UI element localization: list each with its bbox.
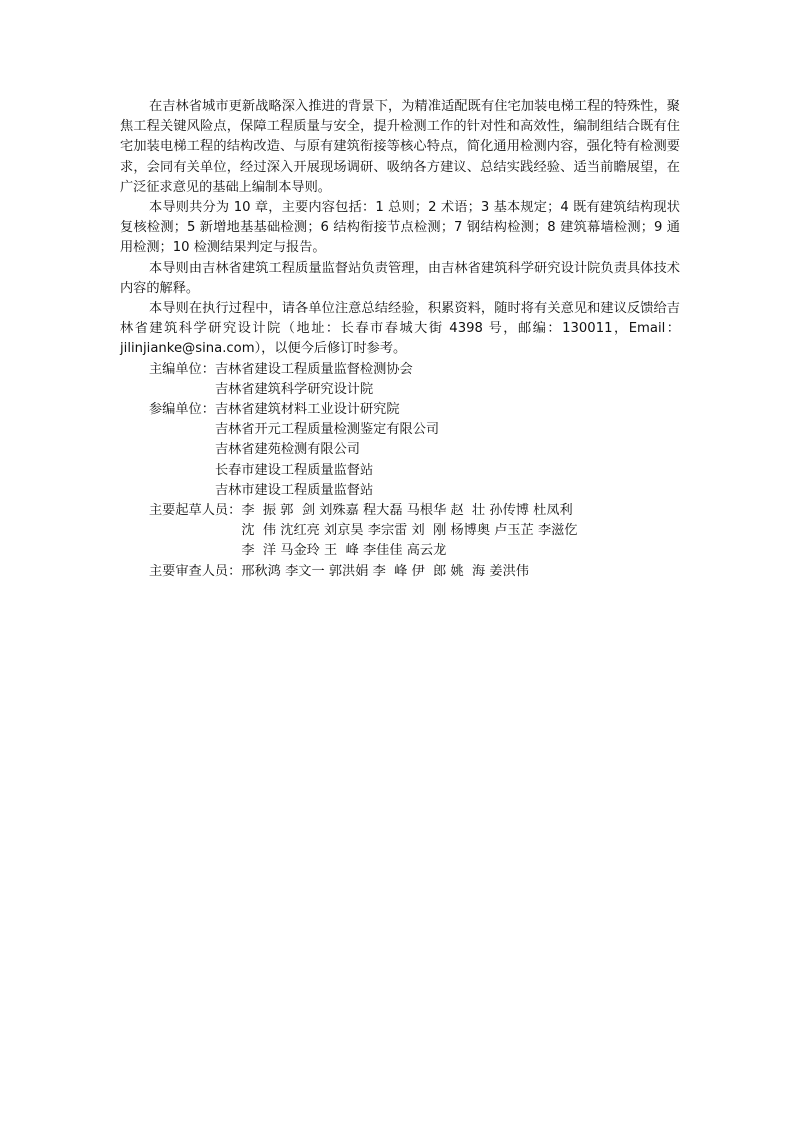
- credit-value: 沈 伟 沈红亮 刘京昊 李宗雷 刘 刚 杨博奥 卢玉芷 李滋仡: [241, 521, 577, 541]
- document-page: 在吉林省城市更新战略深入推进的背景下，为精准适配既有住宅加装电梯工程的特殊性，聚…: [120, 97, 680, 582]
- main-reviewers: 主要审查人员： 邢秋鸿 李文一 郭洪娟 李 峰 伊 郎 姚 海 姜洪伟: [120, 562, 680, 582]
- credit-value: 李 洋 马金玲 王 峰 李佳佳 高云龙: [241, 541, 577, 561]
- credit-value: 吉林市建设工程质量监督站: [215, 481, 439, 501]
- chapters-paragraph: 本导则共分为 10 章，主要内容包括：1 总则；2 术语；3 基本规定；4 既有…: [120, 198, 680, 259]
- credit-value: 吉林省建设工程质量监督检测协会: [215, 360, 413, 380]
- credit-value: 长春市建设工程质量监督站: [215, 461, 439, 481]
- credit-value: 吉林省建筑科学研究设计院: [215, 380, 413, 400]
- credits-section: 主编单位： 吉林省建设工程质量监督检测协会 吉林省建筑科学研究设计院 参编单位：…: [120, 360, 680, 582]
- management-paragraph: 本导则由吉林省建筑工程质量监督站负责管理，由吉林省建筑科学研究设计院负责具体技术…: [120, 259, 680, 299]
- credit-value: 李 振 郭 剑 刘殊嘉 程大磊 马根华 赵 壮 孙传博 杜凤利: [241, 501, 577, 521]
- feedback-paragraph: 本导则在执行过程中，请各单位注意总结经验，积累资料，随时将有关意见和建议反馈给吉…: [120, 299, 680, 360]
- credit-label: 主要起草人员：: [149, 501, 241, 562]
- credit-label: 参编单位：: [149, 400, 215, 501]
- credit-value: 吉林省开元工程质量检测鉴定有限公司: [215, 420, 439, 440]
- credit-label: 主编单位：: [149, 360, 215, 400]
- credit-label: 主要审查人员：: [149, 562, 241, 582]
- main-drafters: 主要起草人员： 李 振 郭 剑 刘殊嘉 程大磊 马根华 赵 壮 孙传博 杜凤利 …: [120, 501, 680, 562]
- credit-value: 吉林省建筑材料工业设计研究院: [215, 400, 439, 420]
- credit-value: 吉林省建苑检测有限公司: [215, 440, 439, 460]
- credit-value: 邢秋鸿 李文一 郭洪娟 李 峰 伊 郎 姚 海 姜洪伟: [241, 562, 529, 582]
- participating-units: 参编单位： 吉林省建筑材料工业设计研究院 吉林省开元工程质量检测鉴定有限公司 吉…: [120, 400, 680, 501]
- chief-editors: 主编单位： 吉林省建设工程质量监督检测协会 吉林省建筑科学研究设计院: [120, 360, 680, 400]
- intro-paragraph: 在吉林省城市更新战略深入推进的背景下，为精准适配既有住宅加装电梯工程的特殊性，聚…: [120, 97, 680, 198]
